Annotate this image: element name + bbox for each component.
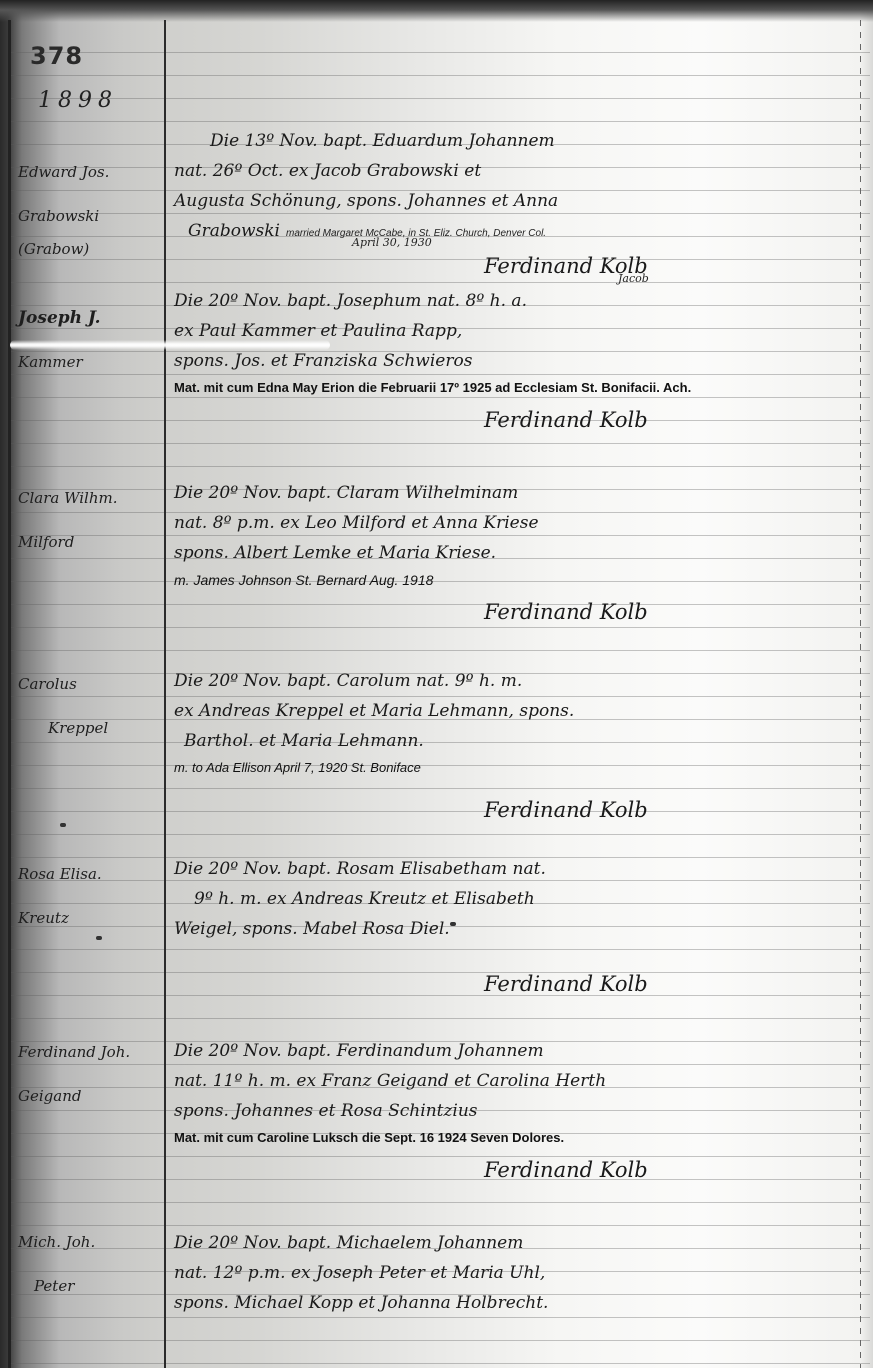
entry-line: ex Andreas Kreppel et Maria Lehmann, spo… — [174, 696, 844, 726]
marriage-annotation: m. James Johnson St. Bernard Aug. 1918 — [174, 568, 844, 592]
entry-line: 9º h. m. ex Andreas Kreutz et Elisabeth — [174, 884, 844, 914]
right-border-line — [860, 20, 861, 1368]
entry-line: Augusta Schönung, spons. Johannes et Ann… — [174, 186, 844, 216]
entry-line: spons. Jos. et Franziska Schwieros — [174, 346, 844, 376]
entry-line: nat. 11º h. m. ex Franz Geigand et Carol… — [174, 1066, 844, 1096]
ink-speck — [60, 823, 66, 827]
margin-name-entry-1: Edward Jos. Grabowski (Grabow) — [18, 150, 164, 260]
entry-5: Die 20º Nov. bapt. Rosam Elisabetham nat… — [174, 854, 844, 1024]
margin-name-entry-2: Joseph J. Kammer — [18, 296, 164, 384]
marriage-annotation: m. to Ada Ellison April 7, 1920 St. Boni… — [174, 756, 844, 780]
entry-line: nat. 12º p.m. ex Joseph Peter et Maria U… — [174, 1258, 844, 1288]
margin-divider — [164, 20, 166, 1368]
margin-name-entry-3: Clara Wilhm. Milford — [18, 476, 164, 564]
priest-signature: Ferdinand Kolb — [174, 944, 844, 1024]
priest-signature: Ferdinand Kolb — [174, 400, 844, 440]
entry-line: Die 13º Nov. bapt. Eduardum Johannem — [174, 126, 844, 156]
entry-line: nat. 8º p.m. ex Leo Milford et Anna Krie… — [174, 508, 844, 538]
entry-line: Weigel, spons. Mabel Rosa Diel. — [174, 914, 844, 944]
entry-line: Die 20º Nov. bapt. Josephum nat. 8º h. a… — [174, 286, 844, 316]
marriage-annotation: Mat. mit cum Edna May Erion die Februari… — [174, 376, 844, 400]
entry-line: Die 20º Nov. bapt. Carolum nat. 9º h. m. — [174, 666, 844, 696]
priest-signature: Ferdinand Kolb — [174, 249, 844, 283]
entry-line: Die 20º Nov. bapt. Claram Wilhelminam — [174, 478, 844, 508]
register-year: 1898 — [38, 88, 118, 113]
scan-shadow — [0, 0, 873, 22]
entry-line: spons. Michael Kopp et Johanna Holbrecht… — [174, 1288, 844, 1318]
entry-7: Die 20º Nov. bapt. Michaelem Johannem na… — [174, 1228, 844, 1318]
register-page: 378 1898 Edward Jos. Grabowski (Grabow) … — [0, 0, 873, 1368]
entry-line: spons. Albert Lemke et Maria Kriese. — [174, 538, 844, 568]
ink-speck — [96, 936, 102, 940]
entry-4: Die 20º Nov. bapt. Carolum nat. 9º h. m.… — [174, 666, 844, 840]
entry-line: spons. Johannes et Rosa Schintzius — [174, 1096, 844, 1126]
left-border-line — [8, 20, 11, 1368]
priest-signature: Ferdinand Kolb — [174, 592, 844, 632]
ink-speck — [450, 922, 456, 926]
entry-line: Die 20º Nov. bapt. Rosam Elisabetham nat… — [174, 854, 844, 884]
priest-signature: Ferdinand Kolb — [174, 780, 844, 840]
entry-3: Die 20º Nov. bapt. Claram Wilhelminam na… — [174, 478, 844, 632]
entry-line: Grabowskimarried Margaret McCabe, in St.… — [174, 216, 844, 249]
annotation-date: April 30, 1930 — [352, 236, 432, 249]
entry-line: Die 20º Nov. bapt. Ferdinandum Johannem — [174, 1036, 844, 1066]
entry-1: Die 13º Nov. bapt. Eduardum Johannem nat… — [174, 126, 844, 283]
margin-name-entry-7: Mich. Joh. Peter — [18, 1220, 164, 1308]
entry-6: Die 20º Nov. bapt. Ferdinandum Johannem … — [174, 1036, 844, 1190]
entry-line: nat. 26º Oct. ex Jacob Grabowski et — [174, 156, 844, 186]
marriage-annotation: Mat. mit cum Caroline Luksch die Sept. 1… — [174, 1126, 844, 1150]
entry-line: ex Paul Kammer et Paulina Rapp, — [174, 316, 844, 346]
entry-line: Barthol. et Maria Lehmann. — [174, 726, 844, 756]
superscript-insertion: Jacob — [618, 272, 649, 285]
entry-2: Die 20º Nov. bapt. Josephum nat. 8º h. a… — [174, 286, 844, 440]
priest-signature: Ferdinand Kolb — [174, 1150, 844, 1190]
margin-name-entry-4: Carolus Kreppel — [18, 662, 164, 750]
page-number: 378 — [30, 42, 83, 70]
entry-line: Die 20º Nov. bapt. Michaelem Johannem — [174, 1228, 844, 1258]
margin-name-entry-6: Ferdinand Joh. Geigand — [18, 1030, 164, 1118]
margin-name-entry-5: Rosa Elisa. Kreutz — [18, 852, 164, 940]
